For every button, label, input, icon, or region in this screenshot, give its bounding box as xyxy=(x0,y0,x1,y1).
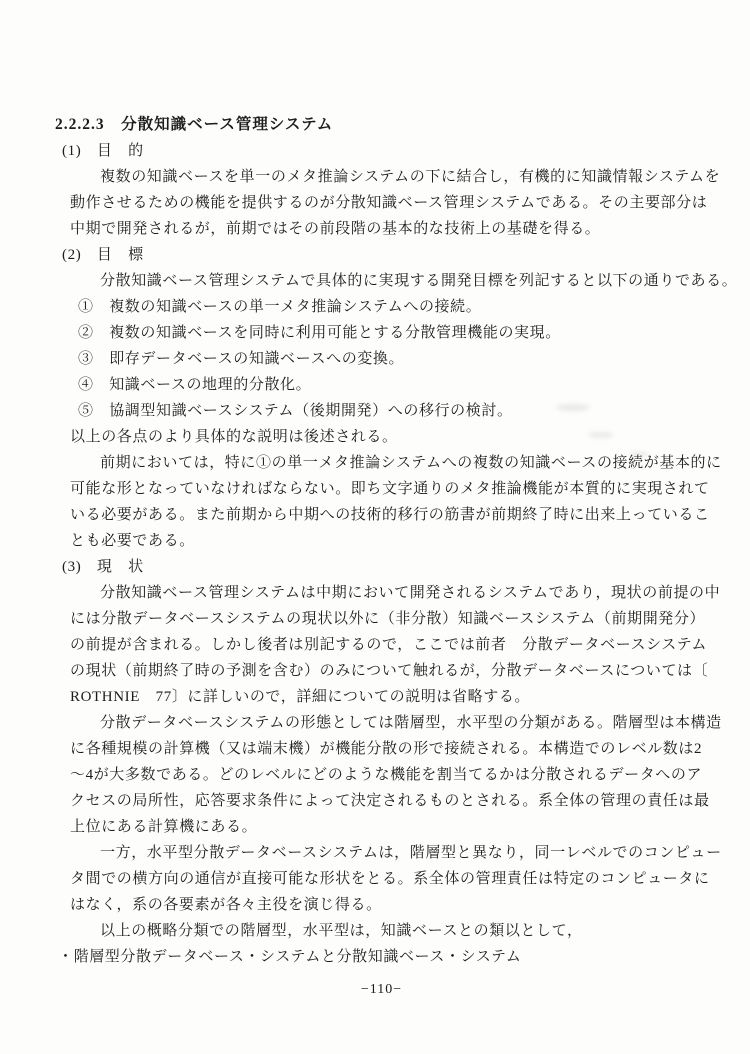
text-line: 動作させるための機能を提供するのが分散知識ベース管理システムである。その主要部分… xyxy=(70,190,708,216)
text-line: 以上の概略分類での階層型，水平型は，知識ベースとの類以として， xyxy=(70,918,708,944)
scan-smudge xyxy=(556,404,590,411)
text-line: クセスの局所性，応答要求条件によって決定されるものとされる。系全体の管理の責任は… xyxy=(70,788,708,814)
text-line: 上位にある計算機にある。 xyxy=(70,814,708,840)
text-line: ・階層型分散データベース・システムと分散知識ベース・システム xyxy=(58,944,708,970)
text-line: には分散データベースシステムの現状以外に（非分散）知識ベースシステム（前期開発分… xyxy=(70,606,708,632)
text-line: とも必要である。 xyxy=(70,528,708,554)
scan-smudge xyxy=(588,432,614,438)
document-body: 2.2.2.3 分散知識ベース管理システム(1) 目 的複数の知識ベースを単一の… xyxy=(55,112,708,970)
text-line: 複数の知識ベースを単一のメタ推論システムの下に結合し，有機的に知識情報システムを xyxy=(70,164,708,190)
text-line: ④ 知識ベースの地理的分散化。 xyxy=(78,372,708,398)
text-line: の現状（前期終了時の予測を含む）のみについて触れるが，分散データベースについては… xyxy=(70,658,708,684)
text-line: 前期においては，特に①の単一メタ推論システムへの複数の知識ベースの接続が基本的に xyxy=(70,450,708,476)
text-line: ② 複数の知識ベースを同時に利用可能とする分散管理機能の実現。 xyxy=(78,320,708,346)
text-line: 一方，水平型分散データベースシステムは，階層型と異なり，同一レベルでのコンピュー xyxy=(70,840,708,866)
text-line: 中期で開発されるが，前期ではその前段階の基本的な技術上の基礎を得る。 xyxy=(70,216,708,242)
text-line: 分散知識ベース管理システムは中期において開発されるシステムであり，現状の前提の中 xyxy=(70,580,708,606)
text-line: 可能な形となっていなければならない。即ち文字通りのメタ推論機能が本質的に実現され… xyxy=(70,476,708,502)
text-line: 分散データベースシステムの形態としては階層型，水平型の分類がある。階層型は本構造 xyxy=(70,710,708,736)
text-line: ～4が大多数である。どのレベルにどのような機能を割当てるかは分散されるデータへの… xyxy=(70,762,708,788)
text-line: タ間での横方向の通信が直接可能な形状をとる。系全体の管理責任は特定のコンピュータ… xyxy=(70,866,708,892)
text-line: はなく，系の各要素が各々主役を演じ得る。 xyxy=(70,892,708,918)
scan-smudge xyxy=(630,452,648,457)
text-line: ROTHNIE 77〕に詳しいので，詳細についての説明は省略する。 xyxy=(70,684,708,710)
text-line: (3) 現 状 xyxy=(62,554,708,580)
text-line: (2) 目 標 xyxy=(62,242,708,268)
page-number: −110− xyxy=(55,982,708,998)
text-line: 分散知識ベース管理システムで具体的に実現する開発目標を列記すると以下の通りである… xyxy=(70,268,708,294)
text-line: 以上の各点のより具体的な説明は後述される。 xyxy=(70,424,708,450)
text-line: に各種規模の計算機（又は端末機）が機能分散の形で接続される。本構造でのレベル数は… xyxy=(70,736,708,762)
text-line: (1) 目 的 xyxy=(62,138,708,164)
text-line: ① 複数の知識ベースの単一メタ推論システムへの接続。 xyxy=(78,294,708,320)
text-line: 2.2.2.3 分散知識ベース管理システム xyxy=(55,112,708,138)
document-page: 2.2.2.3 分散知識ベース管理システム(1) 目 的複数の知識ベースを単一の… xyxy=(0,0,750,1054)
text-line: ⑤ 協調型知識ベースシステム（後期開発）への移行の検討。 xyxy=(78,398,708,424)
text-line: ③ 即存データベースの知識ベースへの変換。 xyxy=(78,346,708,372)
text-line: の前提が含まれる。しかし後者は別記するので，ここでは前者 分散データベースシステ… xyxy=(70,632,708,658)
text-line: いる必要がある。また前期から中期への技術的移行の筋書が前期終了時に出来上っている… xyxy=(70,502,708,528)
